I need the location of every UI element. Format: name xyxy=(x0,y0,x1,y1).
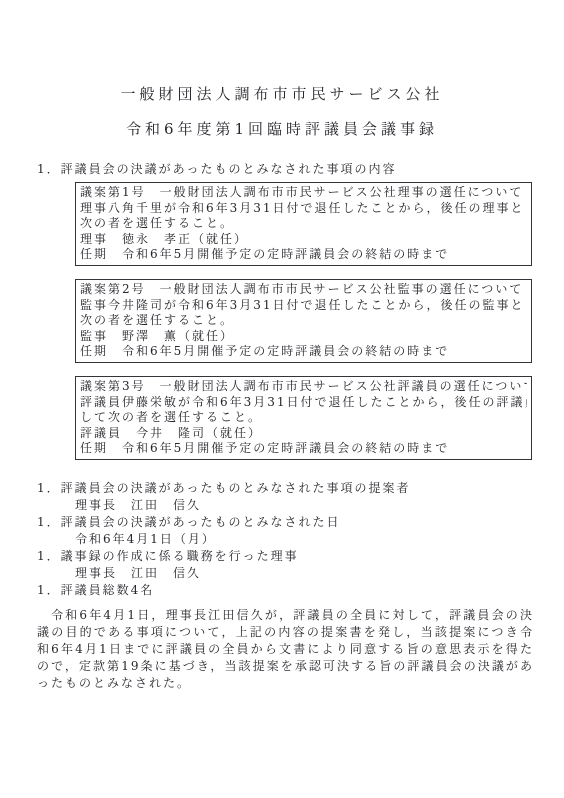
document-title: 一般財団法人調布市市民サービス公社 xyxy=(0,0,564,104)
proposal-3-line-4: 評議員 今井 隆司（就任） xyxy=(80,426,527,442)
proposal-box-1: 議案第1号 一般財団法人調布市市民サービス公社理事の選任について 理事八角千里が… xyxy=(75,182,532,266)
item-value-minutes-director: 理事長 江田 信久 xyxy=(75,565,564,582)
proposal-1-line-3: 次の者を選任すること。 xyxy=(80,216,527,232)
proposal-2-line-4: 監事 野澤 薫（就任） xyxy=(80,329,527,345)
item-list: 1．評議員会の決議があったものとみなされた事項の提案者 理事長 江田 信久 1．… xyxy=(0,480,564,599)
proposal-2-line-3: 次の者を選任すること。 xyxy=(80,313,527,329)
proposal-1-line-4: 理事 徳永 孝正（就任） xyxy=(80,232,527,248)
item-label-minutes-director: 1．議事録の作成に係る職務を行った理事 xyxy=(37,548,564,565)
proposal-2-line-2: 監事今井隆司が令和6年3月31日付で退任したことから，後任の監事として xyxy=(80,298,527,314)
proposal-3-line-2: 評議員伊藤栄敏が令和6年3月31日付で退任したことから，後任の評議員と xyxy=(80,395,527,411)
proposal-box-2: 議案第2号 一般財団法人調布市市民サービス公社監事の選任について 監事今井隆司が… xyxy=(75,279,532,363)
proposal-3-line-5: 任期 令和6年5月開催予定の定時評議員会の終結の時まで xyxy=(80,441,527,457)
closing-paragraph: 令和6年4月1日，理事長江田信久が，評議員の全員に対して，評議員会の決議の目的で… xyxy=(37,607,534,692)
item-label-proposer: 1．評議員会の決議があったものとみなされた事項の提案者 xyxy=(37,480,564,497)
proposal-3-line-1: 議案第3号 一般財団法人調布市市民サービス公社評議員の選任について xyxy=(80,379,527,395)
proposal-1-line-1: 議案第1号 一般財団法人調布市市民サービス公社理事の選任について xyxy=(80,185,527,201)
document-page: 一般財団法人調布市市民サービス公社 令和6年度第1回臨時評議員会議事録 1．評議… xyxy=(0,0,564,798)
proposal-1-line-2: 理事八角千里が令和6年3月31日付で退任したことから，後任の理事として xyxy=(80,201,527,217)
proposal-2-line-1: 議案第2号 一般財団法人調布市市民サービス公社監事の選任について xyxy=(80,282,527,298)
proposal-2-line-5: 任期 令和6年5月開催予定の定時評議員会の終結の時まで xyxy=(80,344,527,360)
proposal-3-line-3: して次の者を選任すること。 xyxy=(80,410,527,426)
item-value-deemed-date: 令和6年4月1日（月） xyxy=(75,531,564,548)
section-heading-resolution-content: 1．評議員会の決議があったものとみなされた事項の内容 xyxy=(37,161,564,178)
document-subtitle: 令和6年度第1回臨時評議員会議事録 xyxy=(0,119,564,139)
proposal-1-line-5: 任期 令和6年5月開催予定の定時評議員会の終結の時まで xyxy=(80,247,527,263)
item-label-deemed-date: 1．評議員会の決議があったものとみなされた日 xyxy=(37,514,564,531)
item-label-total-councilors: 1．評議員総数4名 xyxy=(37,582,564,599)
proposal-box-3: 議案第3号 一般財団法人調布市市民サービス公社評議員の選任について 評議員伊藤栄… xyxy=(75,376,532,460)
item-value-proposer: 理事長 江田 信久 xyxy=(75,497,564,514)
